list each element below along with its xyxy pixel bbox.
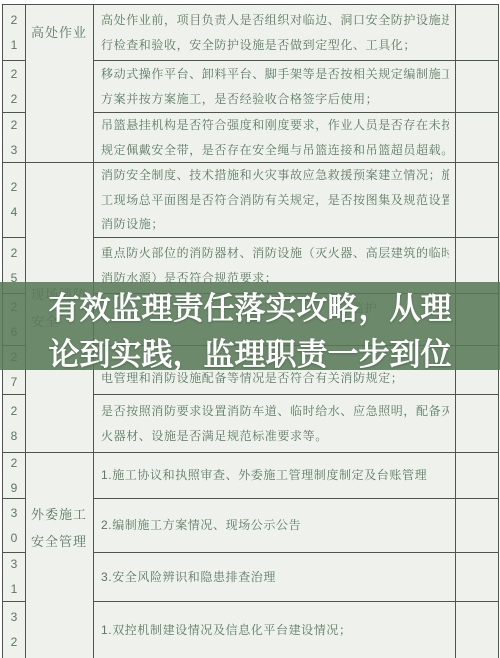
row-content: 吊篮悬挂机构是否符合强度和刚度要求，作业人员是否存在未按 规定佩戴安全带，是否存… — [94, 113, 456, 163]
content-line: 1.施工协议和执照审查、外委施工管理制度制定及台账管理 — [101, 463, 449, 488]
content-line: 规定佩戴安全带，是否存在安全绳与吊篮连接和吊篮超员超载。 — [101, 138, 449, 163]
content-line: 消防安全制度、技术措施和火灾事故应急救援预案建立情况；施 — [101, 163, 449, 188]
row-content: 2.编制施工方案情况、现场公示公告 — [94, 499, 456, 553]
check-cell — [456, 5, 499, 61]
content-line: 移动式操作平台、卸料平台、脚手架等是否按相关规定编制施工 — [101, 62, 449, 87]
row-number: 22 — [3, 61, 26, 113]
content-line: 工现场总平面图是否符合消防有关规定，是否按图集及规范设置 — [101, 188, 449, 213]
row-number: 32 — [3, 602, 26, 658]
check-cell — [456, 163, 499, 238]
check-cell — [456, 602, 499, 658]
content-line: 是否按照消防要求设置消防车道、临时给水、应急照明，配备灭 — [101, 399, 449, 424]
row-number: 23 — [3, 113, 26, 163]
row-number: 30 — [3, 499, 26, 553]
check-cell — [456, 553, 499, 602]
row-number: 31 — [3, 553, 26, 602]
content-line: 1.双控机制建设情况及信息化平台建设情况； — [101, 618, 449, 643]
row-number: 21 — [3, 5, 26, 61]
row-content: 移动式操作平台、卸料平台、脚手架等是否按相关规定编制施工 方案并按方案施工，是否… — [94, 61, 456, 113]
row-content: 高处作业前，项目负责人是否组织对临边、洞口安全防护设施进 行检查和验收，安全防护… — [94, 5, 456, 61]
row-number: 24 — [3, 163, 26, 238]
content-line: 火器材、设施是否满足规范标准要求等。 — [101, 424, 449, 449]
banner-title-line-1: 有效监理责任落实攻略，从理 — [0, 286, 500, 332]
row-content: 1.双控机制建设情况及信息化平台建设情况； — [94, 602, 456, 658]
content-line: 消防设施； — [101, 212, 449, 237]
check-cell — [456, 499, 499, 553]
row-content: 是否按照消防要求设置消防车道、临时给水、应急照明，配备灭 火器材、设施是否满足规… — [94, 395, 456, 453]
content-line: 高处作业前，项目负责人是否组织对临边、洞口安全防护设施进 — [101, 8, 449, 33]
check-cell — [456, 61, 499, 113]
category-cell-outsourced-construction: 外委施工安全管理 — [26, 453, 94, 658]
content-line: 3.安全风险辨识和隐患排查治理 — [101, 565, 449, 590]
check-cell — [456, 113, 499, 163]
row-content: 1.施工协议和执照审查、外委施工管理制度制定及台账管理 — [94, 453, 456, 499]
content-line: 方案并按方案施工，是否经验收合格签字后使用； — [101, 87, 449, 112]
content-line: 行检查和验收，安全防护设施是否做到定型化、工具化； — [101, 33, 449, 58]
row-number: 29 — [3, 453, 26, 499]
check-cell — [456, 453, 499, 499]
category-label: 外委施工安全管理 — [31, 501, 88, 555]
content-line: 2.编制施工方案情况、现场公示公告 — [101, 513, 449, 538]
row-content: 消防安全制度、技术措施和火灾事故应急救援预案建立情况；施 工现场总平面图是否符合… — [94, 163, 456, 238]
content-line: 吊篮悬挂机构是否符合强度和刚度要求，作业人员是否存在未按 — [101, 113, 449, 138]
category-cell-high-work: 高处作业 — [26, 5, 94, 163]
banner-title-line-2: 论到实践，监理职责一步到位 — [0, 332, 500, 370]
title-banner-overlay: 有效监理责任落实攻略，从理 论到实践，监理职责一步到位 — [0, 282, 500, 370]
content-line: 重点防火部位的消防器材、消防设施（灭火器、高层建筑的临时 — [101, 241, 449, 266]
check-cell — [456, 395, 499, 453]
category-label: 高处作业 — [31, 19, 88, 46]
row-content: 3.安全风险辨识和隐患排查治理 — [94, 553, 456, 602]
row-number: 28 — [3, 395, 26, 453]
